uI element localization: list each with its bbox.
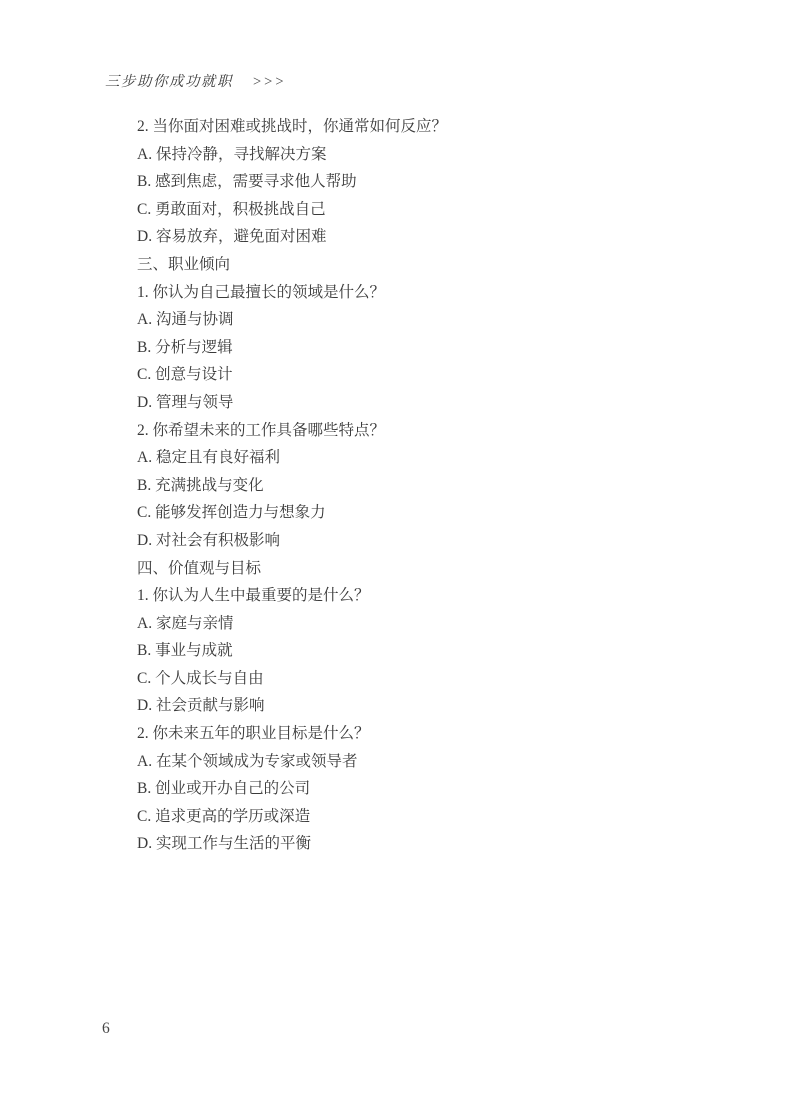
option-line: B. 分析与逻辑 [137, 334, 717, 362]
option-line: C. 创意与设计 [137, 361, 717, 389]
option-line: B. 事业与成就 [137, 637, 717, 665]
option-line: A. 在某个领域成为专家或领导者 [137, 748, 717, 776]
option-line: A. 保持冷静，寻找解决方案 [137, 141, 717, 169]
option-line: A. 沟通与协调 [137, 306, 717, 334]
page-number: 6 [102, 1018, 110, 1040]
option-line: C. 追求更高的学历或深造 [137, 803, 717, 831]
option-line: C. 个人成长与自由 [137, 665, 717, 693]
running-header: 三步助你成功就职>>> [105, 72, 287, 92]
chevrons-right-icon: >>> [253, 74, 287, 90]
section-heading-line: 四、价值观与目标 [137, 555, 717, 583]
question-line: 1. 你认为人生中最重要的是什么？ [137, 582, 717, 610]
question-line: 2. 你未来五年的职业目标是什么？ [137, 720, 717, 748]
running-header-title: 三步助你成功就职 [105, 74, 233, 90]
option-line: A. 家庭与亲情 [137, 610, 717, 638]
option-line: D. 实现工作与生活的平衡 [137, 830, 717, 858]
option-line: B. 感到焦虑，需要寻求他人帮助 [137, 168, 717, 196]
question-line: 2. 当你面对困难或挑战时，你通常如何反应？ [137, 113, 717, 141]
option-line: B. 创业或开办自己的公司 [137, 775, 717, 803]
option-line: D. 社会贡献与影响 [137, 692, 717, 720]
option-line: D. 对社会有积极影响 [137, 527, 717, 555]
question-line: 1. 你认为自己最擅长的领域是什么？ [137, 279, 717, 307]
option-line: D. 管理与领导 [137, 389, 717, 417]
option-line: A. 稳定且有良好福利 [137, 444, 717, 472]
section-heading-line: 三、职业倾向 [137, 251, 717, 279]
questionnaire-body: 2. 当你面对困难或挑战时，你通常如何反应？ A. 保持冷静，寻找解决方案 B.… [137, 113, 717, 858]
option-line: B. 充满挑战与变化 [137, 472, 717, 500]
question-line: 2. 你希望未来的工作具备哪些特点？ [137, 417, 717, 445]
book-page: 三步助你成功就职>>> 2. 当你面对困难或挑战时，你通常如何反应？ A. 保持… [0, 0, 799, 1114]
option-line: C. 能够发挥创造力与想象力 [137, 499, 717, 527]
option-line: C. 勇敢面对，积极挑战自己 [137, 196, 717, 224]
option-line: D. 容易放弃，避免面对困难 [137, 223, 717, 251]
